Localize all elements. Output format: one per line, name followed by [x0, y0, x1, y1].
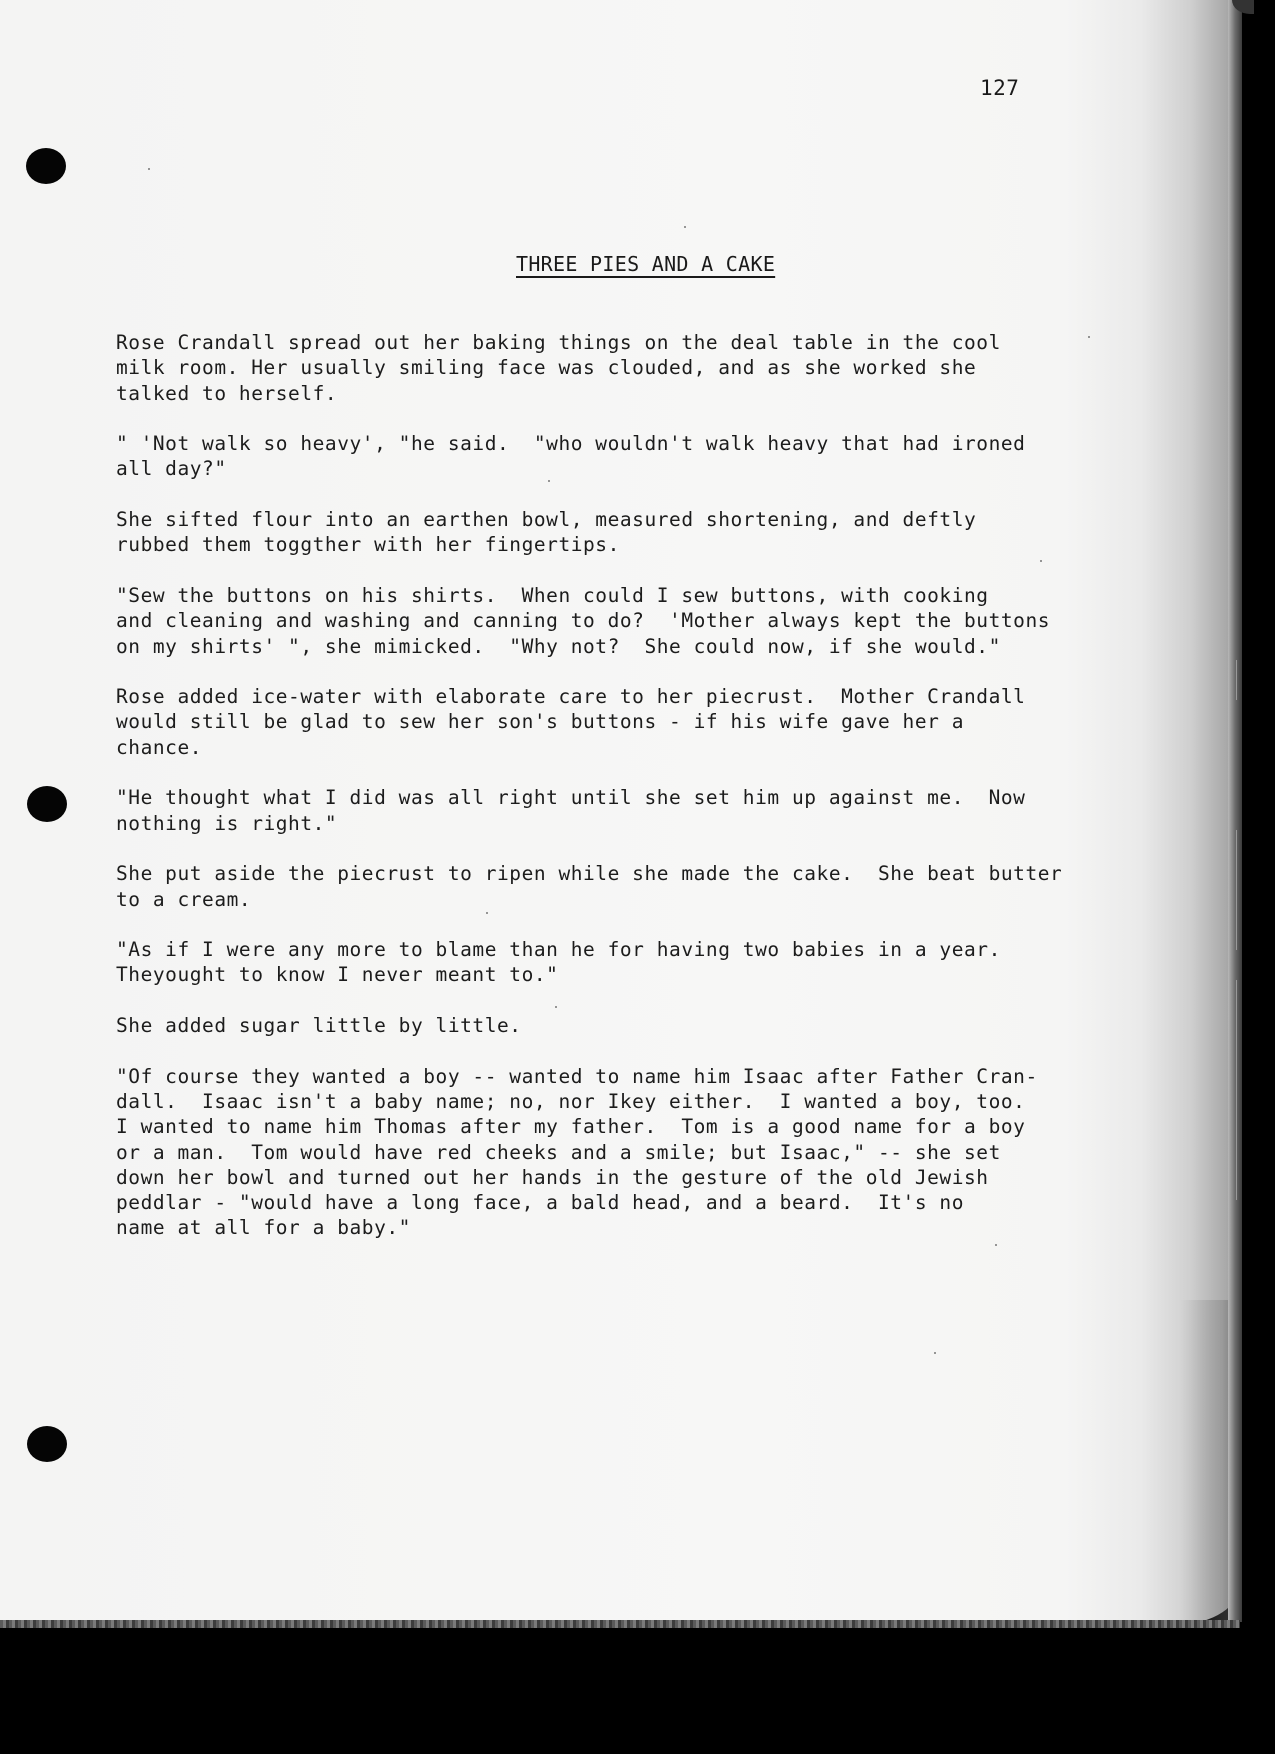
text-line: peddlar - "would have a long face, a bal… [116, 1191, 964, 1214]
text-line: I wanted to name him Thomas after my fat… [116, 1115, 1025, 1138]
text-line: or a man. Tom would have red cheeks and … [116, 1141, 1001, 1164]
scan-speck [684, 226, 686, 228]
paper-sheet: 127 THREE PIES AND A CAKE Rose Crandall … [0, 0, 1240, 1624]
page-right-edge [1228, 0, 1242, 1622]
text-line: milk room. Her usually smiling face was … [116, 356, 976, 379]
paragraph: " 'Not walk so heavy', "he said. "who wo… [116, 431, 1126, 482]
paragraph: "Sew the buttons on his shirts. When cou… [116, 583, 1126, 659]
text-line: rubbed them toggther with her fingertips… [116, 533, 620, 556]
text-line: "Sew the buttons on his shirts. When cou… [116, 584, 989, 607]
paragraph: Rose Crandall spread out her baking thin… [116, 330, 1126, 406]
text-line: chance. [116, 736, 202, 759]
text-line: to a cream. [116, 888, 251, 911]
punch-hole-icon [26, 148, 66, 184]
text-line: She sifted flour into an earthen bowl, m… [116, 508, 976, 531]
page-number: 127 [980, 76, 1019, 100]
text-line: " 'Not walk so heavy', "he said. "who wo… [116, 432, 1025, 455]
scan-speck [934, 1352, 936, 1354]
text-line: on my shirts' ", she mimicked. "Why not?… [116, 635, 1001, 658]
scan-artifact-line [1236, 980, 1237, 1200]
scan-artifact-line [1236, 660, 1237, 700]
text-line: all day?" [116, 457, 227, 480]
scanned-page-frame: 127 THREE PIES AND A CAKE Rose Crandall … [0, 0, 1275, 1754]
text-line: Theyought to know I never meant to." [116, 963, 558, 986]
paragraph: "As if I were any more to blame than he … [116, 937, 1126, 988]
text-line: name at all for a baby." [116, 1216, 411, 1239]
text-line: talked to herself. [116, 382, 337, 405]
text-line: Rose Crandall spread out her baking thin… [116, 331, 1001, 354]
paragraph: Rose added ice-water with elaborate care… [116, 684, 1126, 760]
text-line: down her bowl and turned out her hands i… [116, 1166, 989, 1189]
text-line: dall. Isaac isn't a baby name; no, nor I… [116, 1090, 1025, 1113]
text-line: "Of course they wanted a boy -- wanted t… [116, 1065, 1038, 1088]
paragraph: She put aside the piecrust to ripen whil… [116, 861, 1126, 912]
scan-artifact-line [1236, 830, 1237, 950]
text-line: "As if I were any more to blame than he … [116, 938, 1001, 961]
paragraph: She sifted flour into an earthen bowl, m… [116, 507, 1126, 558]
text-line: She added sugar little by little. [116, 1014, 522, 1037]
punch-hole-icon [27, 786, 67, 822]
text-line: She put aside the piecrust to ripen whil… [116, 862, 1062, 885]
story-body: Rose Crandall spread out her baking thin… [116, 330, 1126, 1266]
text-line: and cleaning and washing and canning to … [116, 609, 1050, 632]
text-line: "He thought what I did was all right unt… [116, 786, 1025, 809]
text-line: nothing is right." [116, 812, 337, 835]
text-line: would still be glad to sew her son's but… [116, 710, 964, 733]
paragraph: "He thought what I did was all right unt… [116, 785, 1126, 836]
paragraph: She added sugar little by little. [116, 1013, 1126, 1038]
scan-speck [148, 168, 150, 170]
text-line: Rose added ice-water with elaborate care… [116, 685, 1025, 708]
paragraph: "Of course they wanted a boy -- wanted t… [116, 1064, 1126, 1241]
punch-hole-icon [27, 1426, 67, 1462]
page-bottom-edge [0, 1620, 1240, 1628]
story-title: THREE PIES AND A CAKE [516, 252, 775, 276]
